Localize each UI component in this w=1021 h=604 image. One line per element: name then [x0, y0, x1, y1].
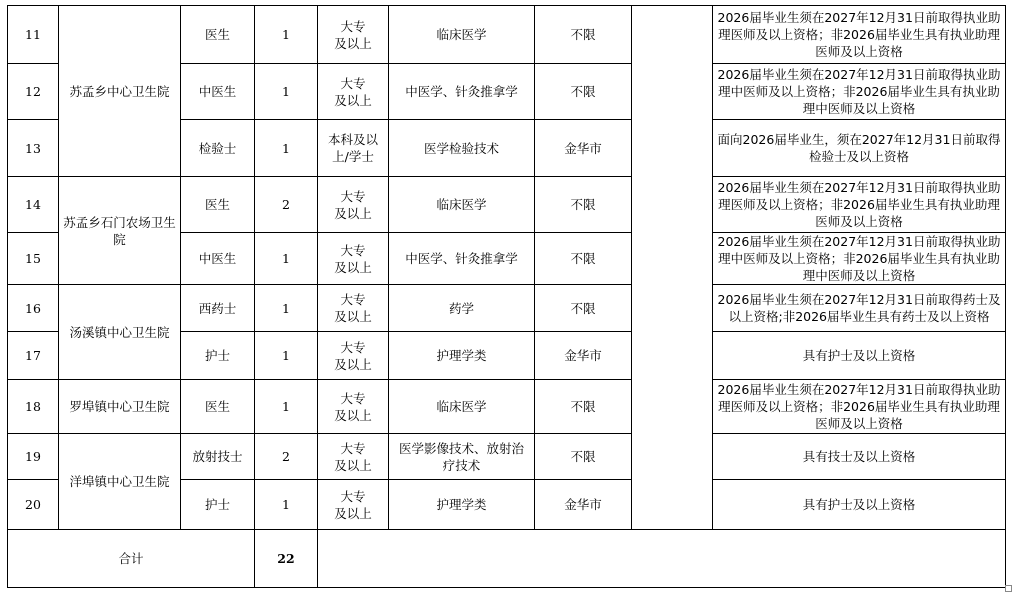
row-number[interactable]: 19: [8, 434, 59, 480]
remark[interactable]: 具有技士及以上资格: [713, 434, 1006, 480]
remark[interactable]: 2026届毕业生须在2027年12月31日前取得执业助理医师及以上资格；非202…: [713, 380, 1006, 434]
row-number[interactable]: 18: [8, 380, 59, 434]
unit-name[interactable]: 罗埠镇中心卫生院: [59, 380, 181, 434]
post-count[interactable]: 1: [255, 120, 318, 177]
degree-requirement[interactable]: 大专 及以上: [318, 177, 389, 233]
major-requirement[interactable]: 护理学类: [389, 332, 535, 380]
domicile-requirement[interactable]: 不限: [535, 177, 632, 233]
post-count[interactable]: 1: [255, 233, 318, 285]
post-name[interactable]: 医生: [181, 6, 255, 64]
major-requirement[interactable]: 医学影像技术、放射治疗技术: [389, 434, 535, 480]
post-name[interactable]: 医生: [181, 177, 255, 233]
major-requirement[interactable]: 临床医学: [389, 177, 535, 233]
recruitment-table: 11 苏孟乡中心卫生院 医生 1 大专 及以上 临床医学 不限 2026届毕业生…: [7, 5, 1006, 588]
remark[interactable]: 2026届毕业生须在2027年12月31日前取得药士及以上资格;非2026届毕业…: [713, 285, 1006, 332]
remark[interactable]: 具有护士及以上资格: [713, 480, 1006, 530]
domicile-requirement[interactable]: 金华市: [535, 332, 632, 380]
post-name[interactable]: 护士: [181, 480, 255, 530]
total-row: 合计 22: [8, 530, 1006, 588]
post-count[interactable]: 1: [255, 285, 318, 332]
post-name[interactable]: 检验士: [181, 120, 255, 177]
row-number[interactable]: 13: [8, 120, 59, 177]
domicile-requirement[interactable]: 不限: [535, 233, 632, 285]
unit-name[interactable]: 洋埠镇中心卫生院: [59, 434, 181, 530]
domicile-requirement[interactable]: 不限: [535, 434, 632, 480]
post-name[interactable]: 放射技士: [181, 434, 255, 480]
blank-column-cell[interactable]: [632, 6, 713, 530]
remark[interactable]: 2026届毕业生须在2027年12月31日前取得执业助理医师及以上资格；非202…: [713, 6, 1006, 64]
domicile-requirement[interactable]: 不限: [535, 6, 632, 64]
major-requirement[interactable]: 临床医学: [389, 380, 535, 434]
major-requirement[interactable]: 中医学、针灸推拿学: [389, 64, 535, 120]
post-count[interactable]: 1: [255, 64, 318, 120]
row-number[interactable]: 15: [8, 233, 59, 285]
table-row: 19 洋埠镇中心卫生院 放射技士 2 大专 及以上 医学影像技术、放射治疗技术 …: [8, 434, 1006, 480]
row-number[interactable]: 20: [8, 480, 59, 530]
post-name[interactable]: 护士: [181, 332, 255, 380]
post-name[interactable]: 中医生: [181, 233, 255, 285]
major-requirement[interactable]: 护理学类: [389, 480, 535, 530]
post-name[interactable]: 西药士: [181, 285, 255, 332]
remark[interactable]: 2026届毕业生须在2027年12月31日前取得执业助理中医师及以上资格；非20…: [713, 64, 1006, 120]
degree-requirement[interactable]: 大专 及以上: [318, 480, 389, 530]
total-blank-cell[interactable]: [318, 530, 1006, 588]
table-row: 11 苏孟乡中心卫生院 医生 1 大专 及以上 临床医学 不限 2026届毕业生…: [8, 6, 1006, 64]
post-count[interactable]: 1: [255, 332, 318, 380]
degree-requirement[interactable]: 大专 及以上: [318, 64, 389, 120]
post-count[interactable]: 2: [255, 434, 318, 480]
row-number[interactable]: 16: [8, 285, 59, 332]
spreadsheet-area: 11 苏孟乡中心卫生院 医生 1 大专 及以上 临床医学 不限 2026届毕业生…: [7, 5, 1006, 588]
post-count[interactable]: 2: [255, 177, 318, 233]
remark[interactable]: 2026届毕业生须在2027年12月31日前取得执业助理医师及以上资格；非202…: [713, 177, 1006, 233]
domicile-requirement[interactable]: 不限: [535, 64, 632, 120]
table-row: 14 苏孟乡石门农场卫生院 医生 2 大专 及以上 临床医学 不限 2026届毕…: [8, 177, 1006, 233]
remark[interactable]: 面向2026届毕业生，须在2027年12月31日前取得检验士及以上资格: [713, 120, 1006, 177]
domicile-requirement[interactable]: 不限: [535, 380, 632, 434]
row-number[interactable]: 11: [8, 6, 59, 64]
degree-requirement[interactable]: 大专 及以上: [318, 233, 389, 285]
remark[interactable]: 具有护士及以上资格: [713, 332, 1006, 380]
domicile-requirement[interactable]: 不限: [535, 285, 632, 332]
major-requirement[interactable]: 医学检验技术: [389, 120, 535, 177]
unit-name[interactable]: 汤溪镇中心卫生院: [59, 285, 181, 380]
unit-name[interactable]: 苏孟乡石门农场卫生院: [59, 177, 181, 285]
domicile-requirement[interactable]: 金华市: [535, 480, 632, 530]
table-resize-handle[interactable]: [1005, 585, 1012, 592]
table-row: 16 汤溪镇中心卫生院 西药士 1 大专 及以上 药学 不限 2026届毕业生须…: [8, 285, 1006, 332]
domicile-requirement[interactable]: 金华市: [535, 120, 632, 177]
major-requirement[interactable]: 中医学、针灸推拿学: [389, 233, 535, 285]
degree-requirement[interactable]: 大专 及以上: [318, 380, 389, 434]
total-label[interactable]: 合计: [8, 530, 255, 588]
degree-requirement[interactable]: 本科及以 上/学士: [318, 120, 389, 177]
post-name[interactable]: 医生: [181, 380, 255, 434]
degree-requirement[interactable]: 大专 及以上: [318, 285, 389, 332]
degree-requirement[interactable]: 大专 及以上: [318, 434, 389, 480]
major-requirement[interactable]: 临床医学: [389, 6, 535, 64]
post-count[interactable]: 1: [255, 380, 318, 434]
unit-name[interactable]: 苏孟乡中心卫生院: [59, 6, 181, 177]
degree-requirement[interactable]: 大专 及以上: [318, 332, 389, 380]
row-number[interactable]: 14: [8, 177, 59, 233]
table-row: 18 罗埠镇中心卫生院 医生 1 大专 及以上 临床医学 不限 2026届毕业生…: [8, 380, 1006, 434]
post-name[interactable]: 中医生: [181, 64, 255, 120]
row-number[interactable]: 12: [8, 64, 59, 120]
total-count[interactable]: 22: [255, 530, 318, 588]
degree-requirement[interactable]: 大专 及以上: [318, 6, 389, 64]
post-count[interactable]: 1: [255, 480, 318, 530]
remark[interactable]: 2026届毕业生须在2027年12月31日前取得执业助理中医师及以上资格；非20…: [713, 233, 1006, 285]
major-requirement[interactable]: 药学: [389, 285, 535, 332]
row-number[interactable]: 17: [8, 332, 59, 380]
post-count[interactable]: 1: [255, 6, 318, 64]
